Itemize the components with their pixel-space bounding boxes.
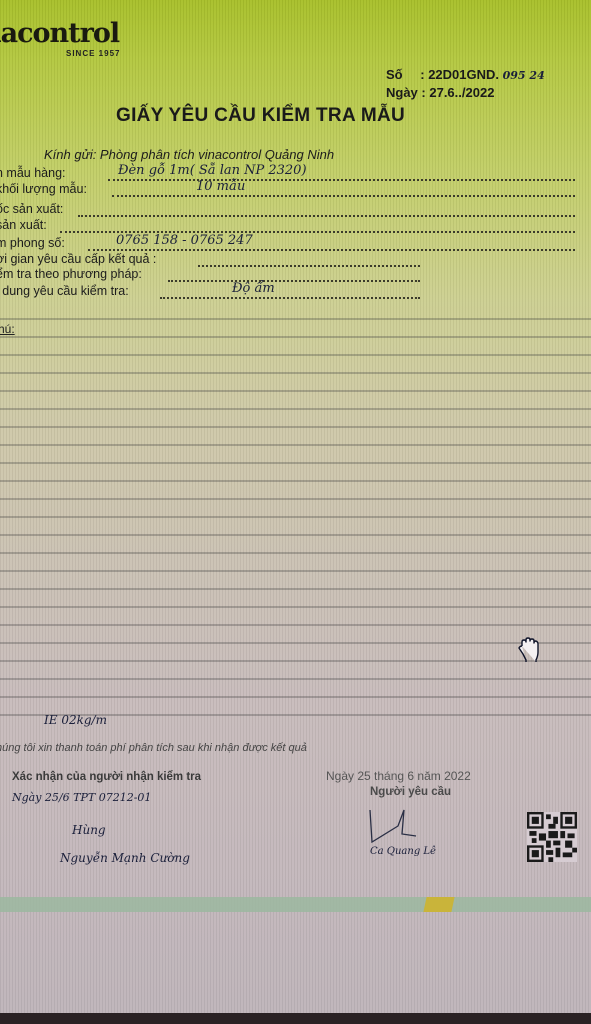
signature-date: Ngày 25 tháng 6 năm 2022 (326, 769, 471, 783)
notes-handwritten: IE 02kg/m (44, 713, 107, 727)
screen-status-band (0, 897, 591, 912)
field-dotted-line (78, 215, 575, 217)
receiver-label: Xác nhận của người nhận kiểm tra (12, 771, 201, 783)
field-label: ốc sản xuất: (0, 202, 63, 216)
document-date: Ngày : 27.6../2022 (386, 85, 494, 100)
document-number-handwritten: 095 24 (503, 69, 545, 82)
field-dotted-line (108, 179, 575, 181)
ruled-line (0, 336, 591, 338)
document-number-value: : 22D01GND. (420, 67, 499, 82)
page-title: GIẤY YÊU CẦU KIỂM TRA MẪU (116, 105, 405, 127)
field-value-handwritten: 10 mẫu (196, 179, 245, 194)
addressee: Kính gửi: Phòng phân tích vinacontrol Qu… (44, 147, 334, 162)
payment-note: húng tôi xin thanh toán phí phân tích sa… (0, 742, 307, 754)
field-dotted-line (168, 280, 420, 282)
hand-grab-cursor-icon (514, 634, 548, 668)
field-value-handwritten: Độ ẩm (232, 281, 275, 296)
document-date-value: : 27.6../2022 (421, 85, 494, 100)
field-label: sản xuất: (0, 218, 47, 232)
ruled-line (0, 498, 591, 500)
ruled-line (0, 552, 591, 554)
ruled-line (0, 318, 591, 320)
ruled-line (0, 588, 591, 590)
ruled-line (0, 354, 591, 356)
receiver-signature: Hùng (72, 823, 106, 837)
notes-label: hú: (0, 322, 15, 336)
ruled-line (0, 696, 591, 698)
field-dotted-line (88, 249, 575, 251)
document-number: Số : 22D01GND. 095 24 (386, 67, 545, 82)
vinacontrol-logo: vinacontrol (0, 18, 119, 49)
ruled-line (0, 642, 591, 644)
field-dotted-line (160, 297, 420, 299)
logo-tagline: SINCE 1957 (66, 49, 120, 58)
requester-name: Ca Quang Lê (370, 846, 436, 857)
ruled-line (0, 624, 591, 626)
highlight-mark (423, 897, 454, 912)
field-label: ểm tra theo phương pháp: (0, 267, 142, 281)
document-number-label: Số (386, 67, 403, 82)
ruled-line (0, 678, 591, 680)
field-value-handwritten: Đèn gỗ 1m( Sẵ lan NP 2320) (118, 163, 307, 178)
ruled-line (0, 408, 591, 410)
ruled-line (0, 570, 591, 572)
document-date-label: Ngày (386, 85, 418, 100)
ruled-line (0, 534, 591, 536)
ruled-line (0, 426, 591, 428)
field-dotted-line (112, 195, 575, 197)
field-label: i dung yêu cầu kiểm tra: (0, 284, 129, 298)
ruled-line (0, 606, 591, 608)
requester-label: Người yêu cầu (370, 786, 451, 798)
ruled-line (0, 480, 591, 482)
field-dotted-line (198, 265, 420, 267)
qr-code-icon (526, 812, 578, 862)
ruled-line (0, 372, 591, 374)
ruled-line (0, 444, 591, 446)
field-label: ời gian yêu cầu cấp kết quả : (0, 252, 156, 266)
ruled-line (0, 462, 591, 464)
receiver-name: Nguyễn Mạnh Cường (60, 851, 190, 865)
receiver-handwritten-note: Ngày 25/6 TPT 07212-01 (12, 791, 151, 804)
ruled-line (0, 660, 591, 662)
screen-bezel (0, 1013, 591, 1024)
ruled-line (0, 516, 591, 518)
field-label: khối lượng mẫu: (0, 182, 87, 196)
field-label: m phong số: (0, 236, 65, 250)
field-label: n mẫu hàng: (0, 166, 66, 180)
field-value-handwritten: 0765 158 - 0765 247 (116, 233, 253, 248)
ruled-line (0, 390, 591, 392)
